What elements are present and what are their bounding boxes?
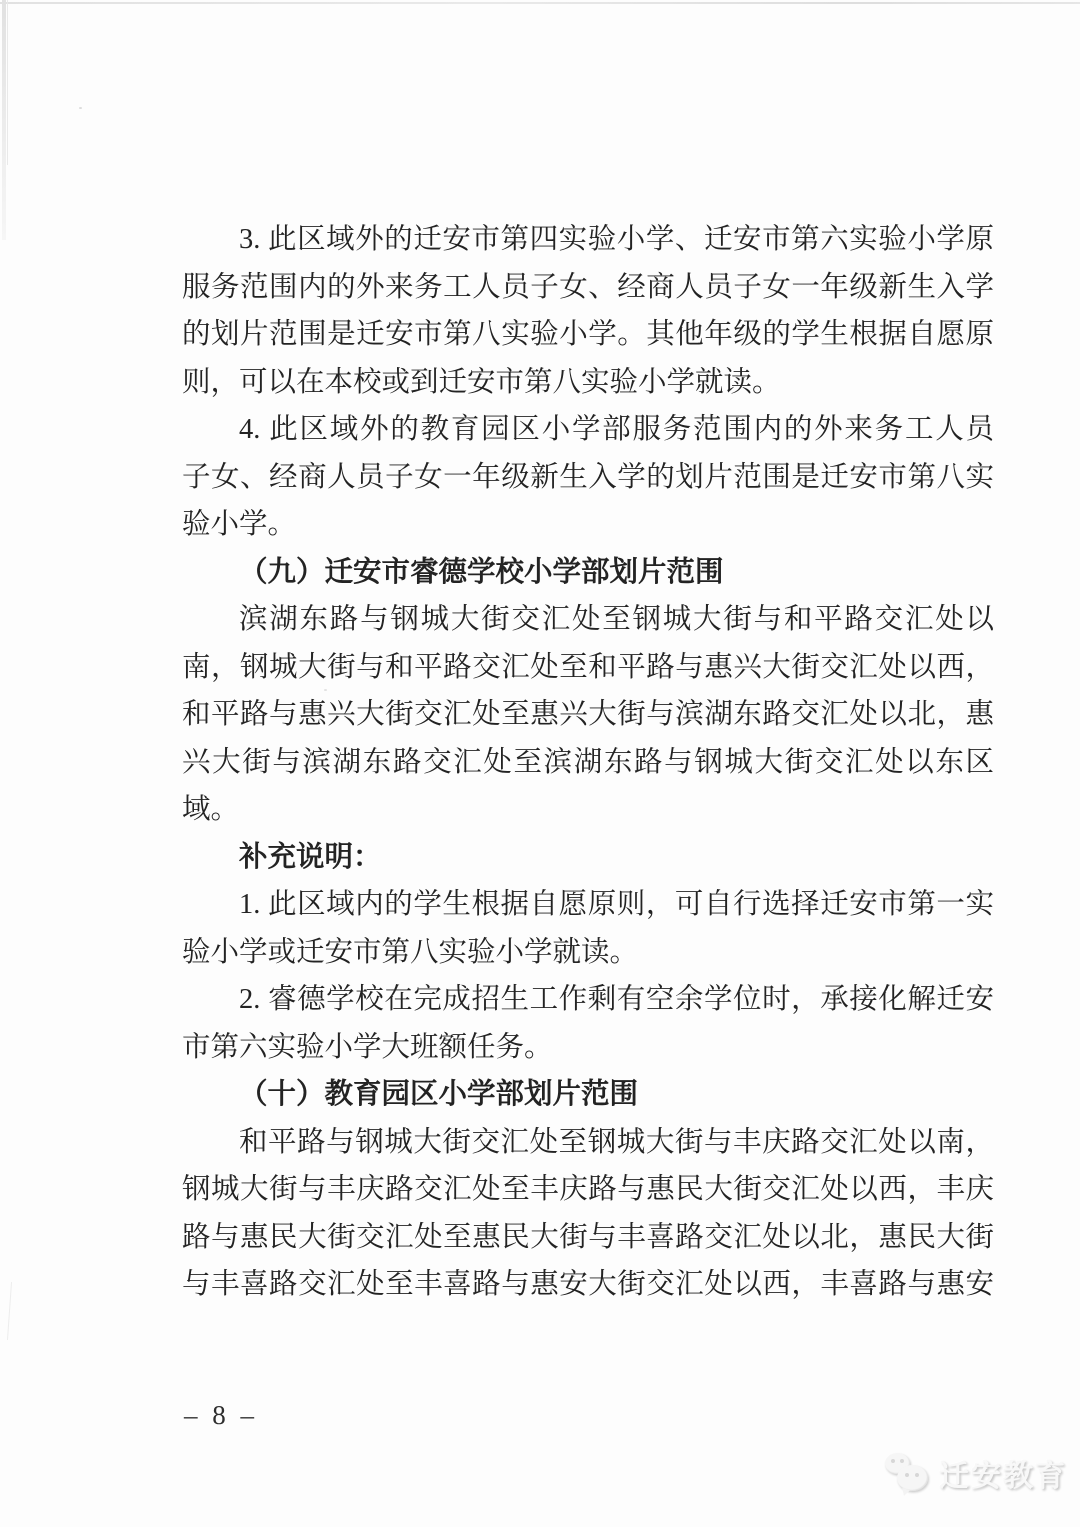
doc-line: 则，可以在本校或到迁安市第八实验小学就读。 xyxy=(182,359,994,407)
doc-line: 钢城大街与丰庆路交汇处至丰庆路与惠民大街交汇处以西，丰庆 xyxy=(182,1166,994,1214)
doc-line: 验小学。 xyxy=(182,501,994,549)
doc-line: 服务范围内的外来务工人员子女、经商人员子女一年级新生入学 xyxy=(182,264,994,312)
scan-scratch xyxy=(7,1282,12,1340)
doc-line: 的划片范围是迁安市第八实验小学。其他年级的学生根据自愿原 xyxy=(182,311,994,359)
doc-line: 2. 睿德学校在完成招生工作剩有空余学位时，承接化解迁安 xyxy=(182,976,994,1024)
scan-speck xyxy=(79,107,82,109)
doc-line: 和平路与钢城大街交汇处至钢城大街与丰庆路交汇处以南， xyxy=(182,1119,994,1167)
doc-line: 与丰喜路交汇处至丰喜路与惠安大街交汇处以西，丰喜路与惠安 xyxy=(182,1261,994,1309)
doc-line: 域。 xyxy=(182,786,994,834)
doc-line: 和平路与惠兴大街交汇处至惠兴大街与滨湖东路交汇处以北，惠 xyxy=(182,691,994,739)
page-number: – 8 – xyxy=(184,1400,258,1431)
doc-line: 南，钢城大街与和平路交汇处至和平路与惠兴大街交汇处以西， xyxy=(182,644,994,692)
doc-line: 兴大街与滨湖东路交汇处至滨湖东路与钢城大街交汇处以东区 xyxy=(182,739,994,787)
doc-line: 滨湖东路与钢城大街交汇处至钢城大街与和平路交汇处以 xyxy=(182,596,994,644)
document-page: 3. 此区域外的迁安市第四实验小学、迁安市第六实验小学原 服务范围内的外来务工人… xyxy=(0,0,1080,1527)
watermark-label: 迁安教育 xyxy=(939,1451,1067,1495)
doc-line: 路与惠民大街交汇处至惠民大街与丰喜路交汇处以北，惠民大街 xyxy=(182,1214,994,1262)
supplement-heading: 补充说明： xyxy=(182,834,994,882)
document-body: 3. 此区域外的迁安市第四实验小学、迁安市第六实验小学原 服务范围内的外来务工人… xyxy=(182,216,994,1309)
scan-edge-left xyxy=(2,0,6,240)
doc-line: 市第六实验小学大班额任务。 xyxy=(182,1024,994,1072)
section-heading-ten: （十）教育园区小学部划片范围 xyxy=(182,1071,994,1119)
doc-line: 子女、经商人员子女一年级新生入学的划片范围是迁安市第八实 xyxy=(182,454,994,502)
doc-line: 验小学或迁安市第八实验小学就读。 xyxy=(182,929,994,977)
section-heading-nine: （九）迁安市睿德学校小学部划片范围 xyxy=(182,549,994,597)
scan-edge-top xyxy=(0,2,1080,4)
scan-edge-left-line xyxy=(7,0,8,165)
doc-line: 1. 此区域内的学生根据自愿原则，可自行选择迁安市第一实 xyxy=(182,881,994,929)
doc-line: 4. 此区域外的教育园区小学部服务范围内的外来务工人员 xyxy=(182,406,994,454)
doc-line: 3. 此区域外的迁安市第四实验小学、迁安市第六实验小学原 xyxy=(182,216,994,264)
wechat-icon xyxy=(884,1450,930,1496)
wechat-watermark: 迁安教育 xyxy=(884,1450,1067,1496)
